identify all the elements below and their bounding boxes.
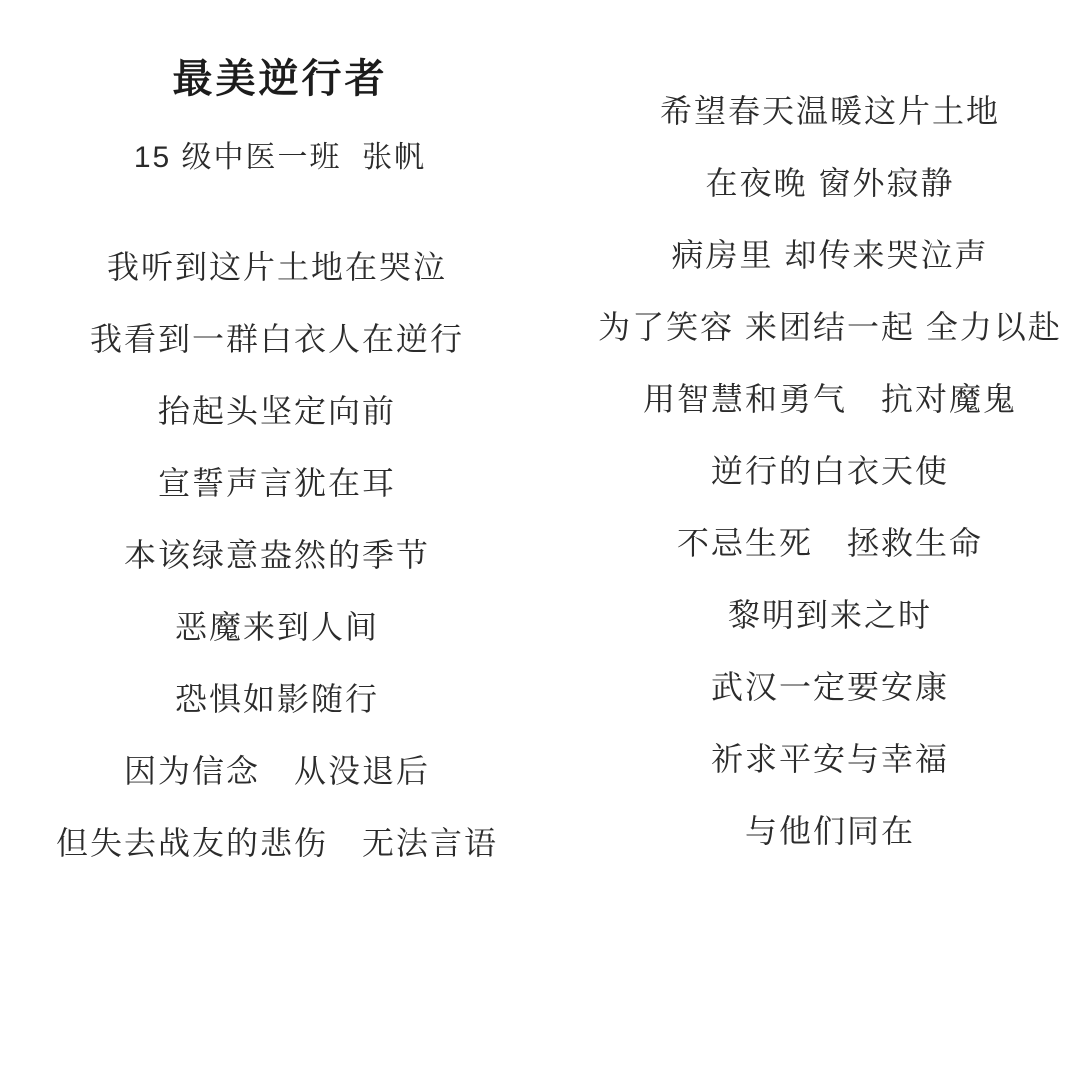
poem-line: 宣誓声言犹在耳 <box>27 447 527 519</box>
poem-line: 希望春天温暖这片土地 <box>570 75 1080 147</box>
poem-line: 在夜晚 窗外寂静 <box>570 147 1080 219</box>
poem-line: 与他们同在 <box>570 795 1080 867</box>
poem-title: 最美逆行者 <box>30 50 530 108</box>
poem-line: 抬起头坚定向前 <box>27 375 527 447</box>
poem-line: 武汉一定要安康 <box>570 651 1080 723</box>
poem-line: 但失去战友的悲伤 无法言语 <box>27 807 527 879</box>
poem-line: 祈求平安与幸福 <box>570 723 1080 795</box>
poem-line: 因为信念 从没退后 <box>27 735 527 807</box>
poem-line: 恐惧如影随行 <box>27 663 527 735</box>
poem-line: 我听到这片土地在哭泣 <box>27 231 527 303</box>
poem-line: 用智慧和勇气 抗对魔鬼 <box>570 363 1080 435</box>
poem-column-left: 我听到这片土地在哭泣 我看到一群白衣人在逆行 抬起头坚定向前 宣誓声言犹在耳 本… <box>27 231 527 879</box>
poem-line: 恶魔来到人间 <box>27 591 527 663</box>
poem-line: 黎明到来之时 <box>570 579 1080 651</box>
poem-column-right: 希望春天温暖这片土地 在夜晚 窗外寂静 病房里 却传来哭泣声 为了笑容 来团结一… <box>570 75 1080 867</box>
poem-byline: 15 级中医一班 张帆 <box>30 136 530 180</box>
poem-line: 本该绿意盎然的季节 <box>27 519 527 591</box>
poem-line: 逆行的白衣天使 <box>570 435 1080 507</box>
poem-header: 最美逆行者 15 级中医一班 张帆 <box>30 50 530 180</box>
poem-line: 为了笑容 来团结一起 全力以赴 <box>570 291 1080 363</box>
poem-line: 不忌生死 拯救生命 <box>570 507 1080 579</box>
poem-line: 病房里 却传来哭泣声 <box>570 219 1080 291</box>
poem-page: 最美逆行者 15 级中医一班 张帆 我听到这片土地在哭泣 我看到一群白衣人在逆行… <box>0 0 1080 1080</box>
poem-line: 我看到一群白衣人在逆行 <box>27 303 527 375</box>
